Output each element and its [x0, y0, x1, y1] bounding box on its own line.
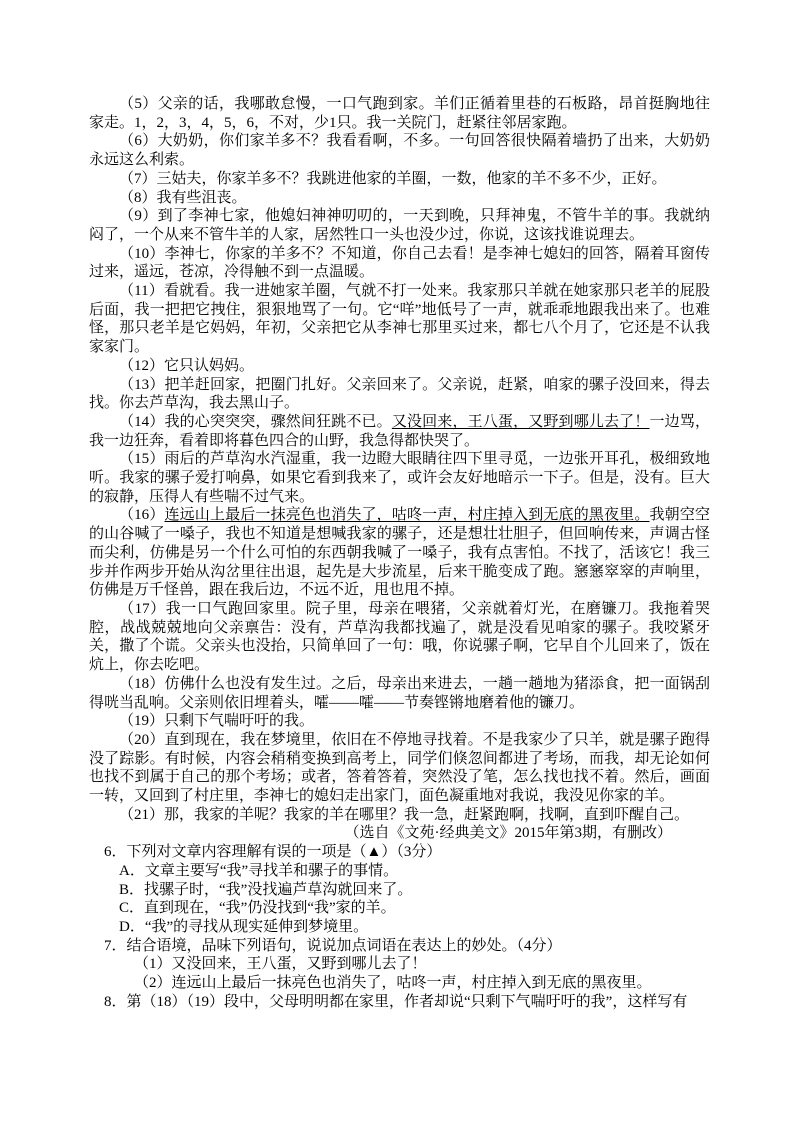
question-sub-item: （2）连远山上最后一抹亮色也消失了，咕咚一声，村庄掉入到无底的黑夜里。: [89, 974, 710, 993]
story-paragraph: （21）那，我家的羊呢？我家的羊在哪里？我一急，赶紧跑啊，找啊，直到吓醒自己。: [89, 806, 710, 825]
text-segment: （11）看就看。我一进她家羊圈，气就不打一处来。我家那只羊就在她家那只老羊的屁股…: [89, 283, 710, 355]
text-segment: （7）三姑夫，你家羊多不？我跳进他家的羊圈，一数，他家的羊不多不少，正好。: [119, 171, 667, 187]
story-paragraph: （7）三姑夫，你家羊多不？我跳进他家的羊圈，一数，他家的羊不多不少，正好。: [89, 170, 710, 189]
question-option: A．文章主要写“我”寻找羊和骡子的事情。: [89, 862, 710, 881]
question-stem: 8．第（18）（19）段中，父母明明都在家里，作者却说“只剩下气喘吁吁的我”，这…: [89, 993, 710, 1012]
text-segment: （18）仿佛什么也没有发生过。之后，母亲出来进去，一趟一趟地为猪添食，把一面锅刮…: [89, 676, 710, 711]
question-option: C．直到现在，“我”仍没找到“我”家的羊。: [89, 899, 710, 918]
story-paragraph: （11）看就看。我一进她家羊圈，气就不打一处来。我家那只羊就在她家那只老羊的屁股…: [89, 282, 710, 357]
story-paragraph: （13）把羊赶回家，把圈门扎好。父亲回来了。父亲说，赶紧，咱家的骡子没回来，得去…: [89, 376, 710, 413]
text-segment: （19）只剩下气喘吁吁的我。: [119, 713, 314, 729]
document-page: （5）父亲的话，我哪敢怠慢，一口气跑到家。羊们正循着里巷的石板路，昂首挺胸地往家…: [0, 0, 794, 1123]
text-segment: （20）直到现在，我在梦境里，依旧在不停地寻找着。不是我家少了只羊，就是骡子跑得…: [89, 732, 710, 804]
story-paragraph: （18）仿佛什么也没有发生过。之后，母亲出来进去，一趟一趟地为猪添食，把一面锅刮…: [89, 675, 710, 712]
story-paragraphs: （5）父亲的话，我哪敢怠慢，一口气跑到家。羊们正循着里巷的石板路，昂首挺胸地往家…: [89, 95, 710, 824]
question-option: D．“我”的寻找从现实延伸到梦境里。: [89, 918, 710, 937]
text-segment: （8）我有些沮丧。: [119, 190, 247, 206]
text-segment: （15）雨后的芦草沟水汽湿重，我一边瞪大眼睛往四下里寻觅，一边张开耳孔，极细致地…: [89, 451, 710, 504]
text-segment: （14）我的心突突突，骤然间狂跳不已。: [119, 414, 392, 430]
text-segment: （13）把羊赶回家，把圈门扎好。父亲回来了。父亲说，赶紧，咱家的骡子没回来，得去…: [89, 377, 710, 412]
question-sub-item: （1）又没回来，王八蛋，又野到哪儿去了！: [89, 955, 710, 974]
question-stem: 6．下列对文章内容理解有误的一项是（▲）（3分）: [89, 843, 710, 862]
text-segment: （16）: [119, 507, 164, 523]
story-paragraph: （15）雨后的芦草沟水汽湿重，我一边瞪大眼睛往四下里寻觅，一边张开耳孔，极细致地…: [89, 450, 710, 506]
text-segment: （9）到了李神七家，他媳妇神神叨叨的，一天到晚，只拜神鬼，不管牛羊的事。我就纳闷…: [89, 208, 710, 243]
question-stem: 7．结合语境，品味下列语句，说说加点词语在表达上的妙处。（4分）: [89, 937, 710, 956]
text-segment: （12）它只认妈妈。: [119, 358, 254, 374]
story-paragraph: （16）连远山上最后一抹亮色也消失了，咕咚一声，村庄掉入到无底的黑夜里。我朝空空…: [89, 506, 710, 600]
source-attribution: （选自《文苑·经典美文》2015年第3期，有删改）: [89, 824, 710, 843]
text-content: （5）父亲的话，我哪敢怠慢，一口气跑到家。羊们正循着里巷的石板路，昂首挺胸地往家…: [89, 95, 710, 1011]
story-paragraph: （5）父亲的话，我哪敢怠慢，一口气跑到家。羊们正循着里巷的石板路，昂首挺胸地往家…: [89, 95, 710, 132]
story-paragraph: （17）我一口气跑回家里。院子里，母亲在喂猪，父亲就着灯光，在磨镰刀。我拖着哭腔…: [89, 600, 710, 675]
question-option: B．找骡子时，“我”没找遍芦草沟就回来了。: [89, 881, 710, 900]
story-paragraph: （8）我有些沮丧。: [89, 189, 710, 208]
story-paragraph: （10）李神七，你家的羊多不？不知道，你自己去看！是李神七媳妇的回答，隔着耳窗传…: [89, 245, 710, 282]
story-paragraph: （12）它只认妈妈。: [89, 357, 710, 376]
text-segment: （21）那，我家的羊呢？我家的羊在哪里？我一急，赶紧跑啊，找啊，直到吓醒自己。: [119, 807, 689, 823]
text-segment: （5）父亲的话，我哪敢怠慢，一口气跑到家。羊们正循着里巷的石板路，昂首挺胸地往家…: [89, 96, 710, 131]
text-segment: （10）李神七，你家的羊多不？不知道，你自己去看！是李神七媳妇的回答，隔着耳窗传…: [89, 246, 710, 281]
text-segment: （17）我一口气跑回家里。院子里，母亲在喂猪，父亲就着灯光，在磨镰刀。我拖着哭腔…: [89, 601, 710, 673]
story-paragraph: （19）只剩下气喘吁吁的我。: [89, 712, 710, 731]
underlined-sentence: 又没回来，王八蛋，又野到哪儿去了！: [392, 414, 650, 430]
story-paragraph: （9）到了李神七家，他媳妇神神叨叨的，一天到晚，只拜神鬼，不管牛羊的事。我就纳闷…: [89, 207, 710, 244]
text-segment: （6）大奶奶，你们家羊多不？我看看啊，不多。一句回答很快隔着墙扔了出来，大奶奶永…: [89, 133, 710, 168]
story-paragraph: （14）我的心突突突，骤然间狂跳不已。又没回来，王八蛋，又野到哪儿去了！一边骂，…: [89, 413, 710, 450]
story-paragraph: （6）大奶奶，你们家羊多不？我看看啊，不多。一句回答很快隔着墙扔了出来，大奶奶永…: [89, 132, 710, 169]
story-paragraph: （20）直到现在，我在梦境里，依旧在不停地寻找着。不是我家少了只羊，就是骡子跑得…: [89, 731, 710, 806]
underlined-sentence: 连远山上最后一抹亮色也消失了，咕咚一声，村庄掉入到无底的黑夜里。: [164, 507, 649, 523]
questions: 6．下列对文章内容理解有误的一项是（▲）（3分）A．文章主要写“我”寻找羊和骡子…: [89, 843, 710, 1011]
